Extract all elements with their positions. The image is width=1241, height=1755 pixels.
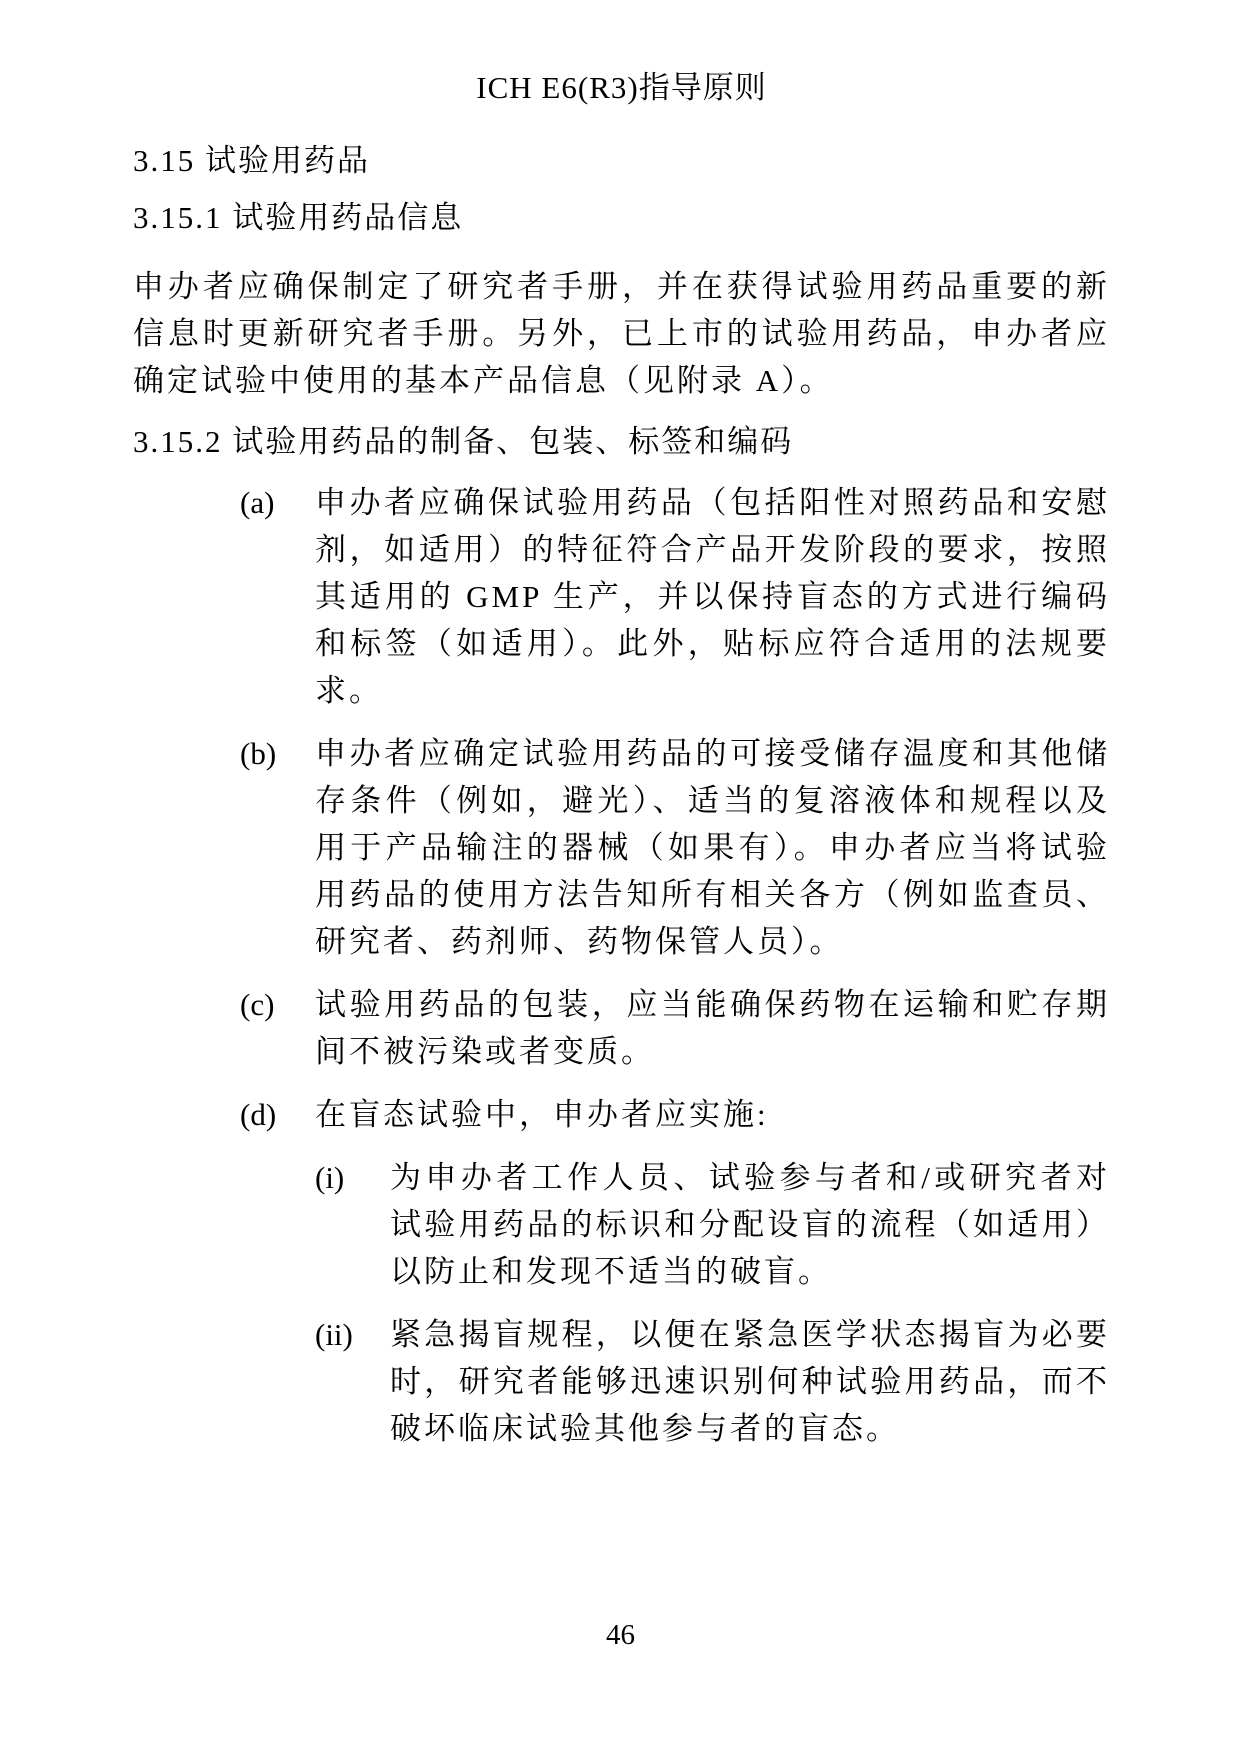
sub-item-label: (ii) [315, 1311, 390, 1452]
document-header: ICH E6(R3)指导原则 [133, 64, 1110, 111]
sub-item-text: 紧急揭盲规程，以便在紧急医学状态揭盲为必要时，研究者能够迅速识别何种试验用药品，… [390, 1311, 1110, 1452]
list-item-label: (b) [240, 730, 315, 965]
sub-item-text: 为申办者工作人员、试验参与者和/或研究者对试验用药品的标识和分配设盲的流程（如适… [390, 1154, 1110, 1295]
list-item-label: (d) [240, 1091, 315, 1138]
sub-item-ii: (ii) 紧急揭盲规程，以便在紧急医学状态揭盲为必要时，研究者能够迅速识别何种试… [133, 1311, 1110, 1452]
list-item-label: (c) [240, 981, 315, 1075]
list-item-text: 在盲态试验中，申办者应实施: [315, 1091, 1110, 1138]
list-item-b: (b) 申办者应确定试验用药品的可接受储存温度和其他储存条件（例如，避光）、适当… [133, 730, 1110, 965]
list-item-c: (c) 试验用药品的包装，应当能确保药物在运输和贮存期间不被污染或者变质。 [133, 981, 1110, 1075]
page-number: 46 [0, 1612, 1241, 1659]
document-page: ICH E6(R3)指导原则 3.15 试验用药品 3.15.1 试验用药品信息… [0, 0, 1241, 1755]
list-item-text: 申办者应确定试验用药品的可接受储存温度和其他储存条件（例如，避光）、适当的复溶液… [315, 730, 1110, 965]
sub-item-label: (i) [315, 1154, 390, 1295]
section-3-15-1-paragraph: 申办者应确保制定了研究者手册，并在获得试验用药品重要的新信息时更新研究者手册。另… [133, 263, 1110, 404]
list-item-d: (d) 在盲态试验中，申办者应实施: [133, 1091, 1110, 1138]
list-item-label: (a) [240, 479, 315, 714]
section-title-3-15: 3.15 试验用药品 [133, 137, 1110, 184]
list-item-text: 申办者应确保试验用药品（包括阳性对照药品和安慰剂，如适用）的特征符合产品开发阶段… [315, 479, 1110, 714]
section-title-3-15-1: 3.15.1 试验用药品信息 [133, 194, 1110, 241]
sub-item-i: (i) 为申办者工作人员、试验参与者和/或研究者对试验用药品的标识和分配设盲的流… [133, 1154, 1110, 1295]
list-item-a: (a) 申办者应确保试验用药品（包括阳性对照药品和安慰剂，如适用）的特征符合产品… [133, 479, 1110, 714]
list-item-text: 试验用药品的包装，应当能确保药物在运输和贮存期间不被污染或者变质。 [315, 981, 1110, 1075]
section-title-3-15-2: 3.15.2 试验用药品的制备、包装、标签和编码 [133, 418, 1110, 465]
